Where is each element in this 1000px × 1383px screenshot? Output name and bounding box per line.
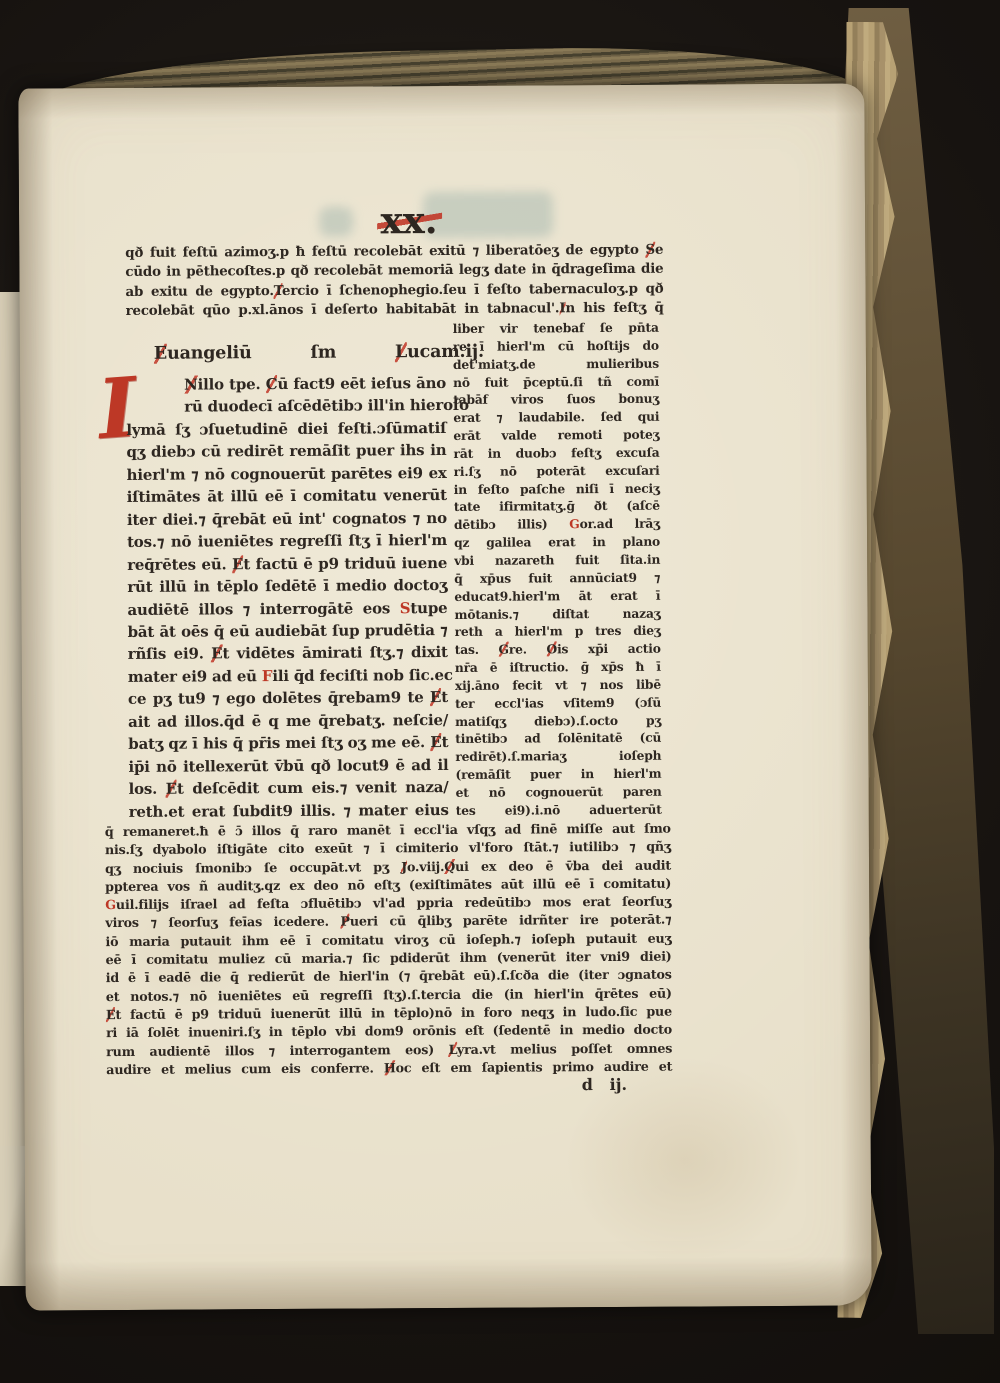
text-line: det'miatʒ.de mulieribus bbox=[453, 354, 659, 373]
red-touched-capital: L bbox=[449, 1041, 457, 1056]
text-line: in feſto paſche niſi ī neciʒ bbox=[454, 479, 660, 498]
rubricated-letter: G bbox=[105, 897, 116, 912]
text-line: tate ifirmitatʒ.ḡ ðt (aſcē bbox=[454, 497, 660, 516]
text-line: mōtanis.⁊ diſtat nazaʒ bbox=[454, 604, 660, 623]
gloss-column: liber vir tenebaf ſe pn̄tare ī hierl'm c… bbox=[453, 319, 662, 820]
intro-paragraph: qð fuit feſtū azimoʒ.p ħ feſtū recolebāt… bbox=[125, 241, 663, 321]
text-line: educat9.hierl'm āt erat ī bbox=[454, 586, 660, 605]
text-line: nō fuit p̄ceptū.ſi tñ comī bbox=[453, 372, 659, 391]
rubricated-letter: F bbox=[262, 667, 273, 685]
text-line: tas. Gre. Ois xp̄i actio bbox=[455, 640, 661, 659]
photograph-of-book: { "folio": { "number": "xx." }, "colors"… bbox=[0, 0, 1000, 1383]
text-line: rāt in duobɔ feſtʒ excuſa bbox=[453, 444, 659, 463]
red-touched-capital: H bbox=[384, 1060, 396, 1075]
text-line: liber vir tenebaf ſe pn̄ta bbox=[453, 319, 659, 338]
text-line: redirēt).ſ.mariaʒ ioſeph bbox=[455, 747, 661, 766]
show-through-stain bbox=[319, 207, 353, 237]
red-touched-capital: E bbox=[232, 555, 243, 573]
red-touched-capital: E bbox=[430, 733, 441, 751]
text-line: tabāf viros ſuos bonuʒ bbox=[453, 390, 659, 409]
red-touched-capital: N bbox=[184, 376, 198, 394]
red-touched-capital: O bbox=[546, 642, 557, 657]
rubricated-letter: S bbox=[400, 599, 411, 617]
text-line: erat ⁊ laudabile. ſed qui bbox=[453, 408, 659, 427]
commentary-block: q̄ remaneret.ħ ē ɔ̄ illos q̄ raro manēt … bbox=[105, 820, 673, 1080]
text-line: qʒ diebɔ cū redirēt remāſit puer ihs in bbox=[126, 439, 446, 463]
folio-number: xx. bbox=[359, 198, 459, 243]
text-line: tinētibɔ ad ſolēnitatē (cū bbox=[455, 729, 661, 748]
text-line: los. Et deſcēdit cum eis.⁊ venit naza/ bbox=[128, 776, 448, 800]
folio-number-text: xx. bbox=[376, 198, 441, 242]
text-line: reth a hierl'm p tres dieʒ bbox=[455, 622, 661, 641]
text-line: rñſis ei9. Et vidētes āmirati ſtʒ.⁊ dixi… bbox=[128, 641, 448, 665]
text-line: Euangeliū ſm Lucam.ij. bbox=[154, 342, 484, 364]
book-page: xx. qð fuit feſtū azimoʒ.p ħ feſtū recol… bbox=[18, 83, 871, 1310]
gospel-column: Nillo tpe. Cū fact9 eēt ieſus ānorū duod… bbox=[126, 372, 449, 823]
text-line: batʒ qz ī his q̄ pr̄is mei ſtʒ oʒ me eē.… bbox=[128, 731, 448, 755]
red-touched-capital: S bbox=[645, 242, 655, 258]
text-line: ter eccl'ias vſitem9 (ɔſū bbox=[455, 693, 661, 712]
red-touched-capital: G bbox=[498, 642, 508, 657]
red-touched-capital: E bbox=[430, 688, 441, 706]
gospel-heading: Euangeliū ſm Lucam.ij. bbox=[154, 342, 484, 364]
text-line: nr̄a ē iſtructio. ḡ xp̄s ħ ī bbox=[455, 658, 661, 677]
text-line: audiētē illos ⁊ interrogātē eos Stupe bbox=[127, 597, 447, 621]
text-line: recolebāt qūo p.xl.ānos ī deſerto habita… bbox=[126, 299, 664, 322]
text-line: mater ei9 ad eū Fili q̄d feciſti nob ſic… bbox=[128, 664, 448, 688]
text-line: reth.et erat ſubdit9 illis. ⁊ mater eius bbox=[129, 799, 449, 823]
text-line: xij.āno fecit vt ⁊ nos libē bbox=[455, 676, 661, 695]
red-touched-capital: L bbox=[395, 342, 407, 362]
red-touched-capital: C bbox=[266, 375, 278, 393]
text-line: lymā ſʒ ɔſuetudinē diei feſti.ɔſūmatiſ bbox=[126, 417, 446, 441]
text-line: iter diei.⁊ q̄rebāt eū int' cognatos ⁊ n… bbox=[127, 507, 447, 531]
red-touched-capital: E bbox=[211, 645, 222, 663]
text-line: re ī hierl'm cū hoſtijs do bbox=[453, 337, 659, 356]
text-line: rūt illū in tēplo ſedētē ī medio doctoʒ bbox=[127, 574, 447, 598]
text-line: bāt āt oēs q̄ eū audiebāt ſup prudētia ⁊ bbox=[128, 619, 448, 643]
text-line: qz galilea erat in plano bbox=[454, 533, 660, 552]
text-line: ce pʒ tu9 ⁊ ego dolētes q̄rebam9 te Et bbox=[128, 686, 448, 710]
text-line: ait ad illos.q̄d ē q me q̄rebatʒ. neſcie… bbox=[128, 709, 448, 733]
text-line: (remāſit puer in hierl'm bbox=[455, 765, 661, 784]
text-line: req̄rētes eū. Et factū ē p9 triduū iuene bbox=[127, 552, 447, 576]
text-line: et nō cognouerūt paren bbox=[456, 783, 662, 802]
red-touched-capital: T bbox=[274, 283, 282, 299]
text-line: q̄ xp̄us fuit annūciat9 ⁊ bbox=[454, 568, 660, 587]
text-line: ri.ſʒ nō poterāt excuſari bbox=[454, 461, 660, 480]
text-line: matiſqʒ diebɔ).ſ.octo pʒ bbox=[455, 711, 661, 730]
text-line: vbi nazareth fuit ſita.in bbox=[454, 551, 660, 570]
signature-mark: d ij. bbox=[544, 1075, 664, 1095]
text-line: erāt valde remoti poteʒ bbox=[453, 426, 659, 445]
rubricated-letter: G bbox=[569, 516, 579, 531]
text-line: hierl'm ⁊ nō cognouerūt parētes ei9 ex bbox=[127, 462, 447, 486]
text-line: iſtimātes āt illū eē ī comitatu venerūt bbox=[127, 484, 447, 508]
text-line: tes ei9).i.nō aduerterūt bbox=[456, 800, 662, 819]
red-touched-capital: Q bbox=[444, 859, 455, 874]
text-line: Nillo tpe. Cū fact9 eēt ieſus āno bbox=[126, 372, 446, 396]
text-line: tos.⁊ nō iueniētes regreſſi ſtʒ ī hierl'… bbox=[127, 529, 447, 553]
red-touched-capital: E bbox=[166, 780, 177, 798]
text-line: dētibɔ illis) Gor.ad lrāʒ bbox=[454, 515, 660, 534]
text-line: rū duodecī aſcēdētibɔ ill'in hieroſo bbox=[126, 394, 446, 418]
text-line: ip̄i nō itellexerūt v̄bū qð locut9 ē ad … bbox=[128, 754, 448, 778]
